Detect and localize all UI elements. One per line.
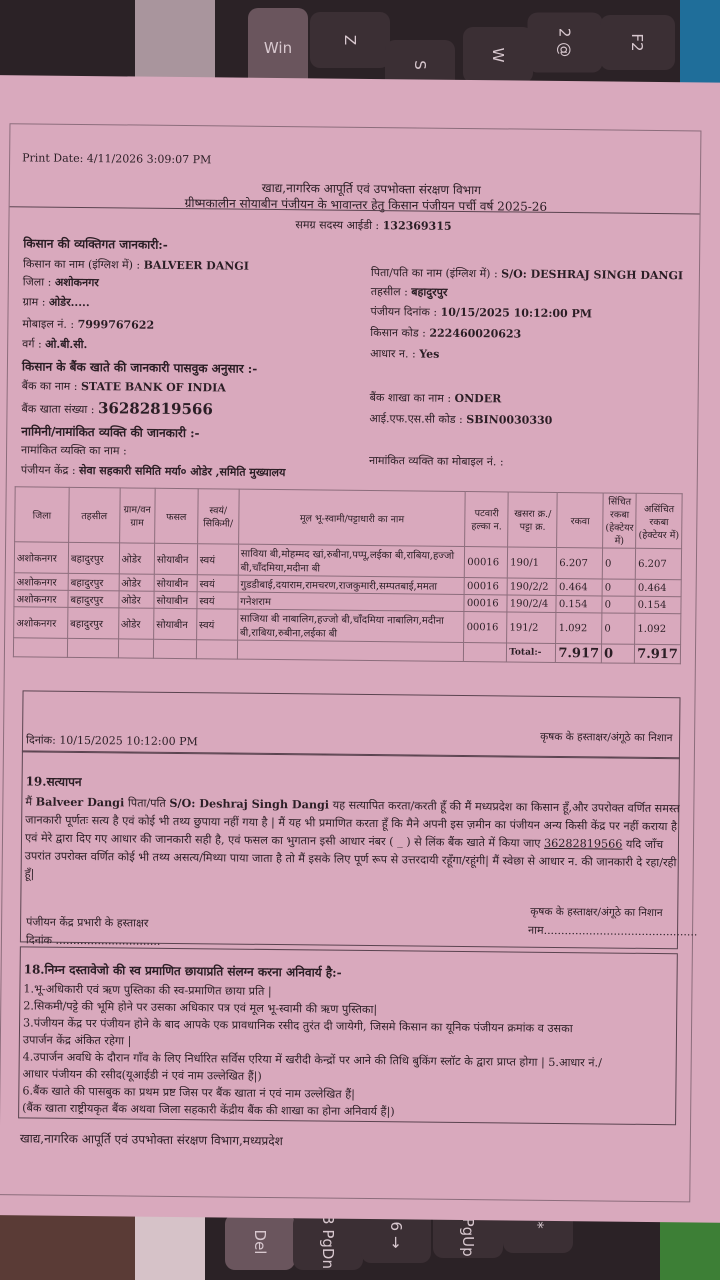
table-cell: 00016 (464, 577, 507, 594)
table-cell: 0.154 (635, 596, 681, 613)
total-value: 7.917 (635, 644, 681, 663)
branch-row: बैंक शाखा का नाम : ONDER (370, 390, 502, 406)
table-cell: ओडेर (119, 543, 155, 574)
bank-info-heading: किसान के बैंक खाते की जानकारी पासवुक अनु… (22, 357, 257, 376)
aadhar-value: Yes (419, 348, 439, 361)
slip-date-value: 10/15/2025 10:12:00 PM (59, 734, 198, 748)
samagra-id-row: समग्र सदस्य आईडी : 132369315 (295, 217, 451, 234)
table-cell (118, 639, 154, 658)
account-number-row: बैंक खाता संख्या : 36282819566 (21, 398, 212, 418)
farmer-name-value: BALVEER DANGI (144, 259, 249, 273)
table-cell (237, 640, 464, 661)
ifsc-value: SBIN0030330 (466, 413, 552, 427)
column-header: फसल (155, 488, 198, 543)
table-cell: स्वयं (197, 544, 238, 575)
table-cell: सोयाबीन (154, 608, 197, 639)
table-cell: स्वयं (196, 609, 237, 640)
table-cell: 0 (602, 548, 635, 579)
aadhar-label: आधार न. : (370, 347, 416, 360)
farmer-code-row: किसान कोड : 222460020623 (370, 325, 521, 342)
district-label: जिला : (23, 275, 52, 288)
table-cell: 190/1 (508, 547, 557, 579)
table-cell: ओडेर (119, 574, 155, 591)
footer-department: खाद्य,नागरिक आपूर्ति एवं उपभोक्ता संरक्ष… (20, 1129, 283, 1149)
key-2: 2 @ (528, 13, 603, 73)
registration-centre-value: सेवा सहकारी समिति मर्या० ओडेर ,समिति मुख… (79, 464, 285, 479)
key-w: W (463, 27, 533, 83)
category-row: वर्ग : ओ.बी.सी. (22, 336, 87, 352)
bank-name-row: बैंक का नाम : STATE BANK OF INDIA (22, 378, 226, 395)
column-header: जिला (15, 487, 70, 543)
key-3: 3 PgDn (293, 1214, 363, 1270)
district-row: जिला : अशोकनगर (23, 274, 99, 290)
total-value: 0 (601, 644, 634, 663)
documents-list: 1.भू-अधिकारी एवं ऋण पुस्तिका की स्व-प्रम… (22, 980, 603, 1122)
column-header: असिंचित रकबा (हेक्टेयर में) (636, 493, 682, 548)
nominee-mobile-label: नामांकित व्यक्ति का मोबाइल नं. : (369, 453, 504, 469)
table-cell: 0.464 (556, 578, 602, 595)
account-number-value: 36282819566 (98, 399, 213, 418)
print-date: Print Date: 4/11/2026 3:09:07 PM (22, 151, 211, 166)
farmer-signature-label-2: कृषक के हस्ताक्षर/अंगूठे का निशान (530, 905, 663, 920)
table-cell: साविया बी,मोहम्मद खां,रुबीना,पप्पू,लईका … (238, 544, 465, 577)
registration-date-value: 10/15/2025 10:12:00 PM (441, 306, 593, 321)
column-header: पटवारी हल्का न. (465, 492, 508, 547)
farmer-name-label: किसान का नाम (इंग्लिश में) : (23, 257, 140, 271)
mobile-value: 7999767622 (78, 318, 155, 332)
table-cell: अशोकनगर (14, 590, 68, 608)
nominee-name-label: नामांकित व्यक्ति का नाम : (21, 442, 127, 458)
samagra-id-value: 132369315 (383, 219, 452, 233)
slip-date-row: दिनांक: 10/15/2025 10:12:00 PM (26, 732, 198, 749)
registration-date-label: पंजीयन दिनांक : (370, 305, 437, 319)
village-row: ग्राम : ओडेर..... (23, 294, 90, 310)
ifsc-label: आई.एफ.एस.सी कोड : (369, 412, 463, 426)
registration-centre-label: पंजीयन केंद्र : (21, 463, 76, 477)
table-cell: 0 (602, 579, 635, 596)
personal-info-heading: किसान की व्यक्तिगत जानकारी:- (23, 234, 168, 253)
table-cell: बहादुरपुर (68, 542, 119, 574)
verification-relation: पिता/पति (128, 796, 166, 809)
column-header: स्वयं/ सिकिमी/ (197, 489, 239, 544)
table-cell: 190/2/2 (507, 578, 556, 596)
verification-text: मैं Balveer Dangi पिता/पति S/O: Deshraj … (25, 792, 686, 890)
table-cell: बहादुरपुर (68, 607, 119, 639)
table-cell: स्वयं (197, 592, 238, 609)
table-cell: 0.154 (556, 595, 602, 612)
farmer-code-label: किसान कोड : (370, 326, 426, 340)
table-cell: 191/2 (507, 612, 556, 644)
verification-heading: 19.सत्यापन (26, 772, 82, 790)
table-cell: स्वयं (197, 575, 238, 592)
total-label: Total:- (507, 643, 556, 663)
bank-name-label: बैंक का नाम : (22, 379, 78, 393)
table-cell: 1.092 (635, 613, 681, 644)
key-z: Z (310, 12, 390, 68)
table-cell: 00016 (465, 546, 508, 577)
table-cell: सोयाबीन (154, 543, 197, 574)
column-header: खसरा क्र./ पट्टा क्र. (508, 492, 558, 548)
column-header: तहसील (69, 487, 120, 543)
column-header: रकवा (557, 492, 603, 547)
registration-slip: Print Date: 4/11/2026 3:09:07 PM खाद्य,न… (0, 75, 720, 1223)
table-cell: 0 (602, 613, 635, 644)
table-cell (464, 642, 507, 661)
officer-signature-label: पंजीयन केंद्र प्रभारी के हस्ताक्षर (26, 914, 148, 930)
table-cell: ओडेर (118, 608, 154, 639)
verification-account: 36282819566 (544, 837, 622, 851)
aadhar-row: आधार न. : Yes (370, 346, 439, 362)
category-label: वर्ग : (22, 337, 42, 350)
documents-heading: 18.निम्न दस्तावेजो की स्व प्रमाणित छायाप… (24, 960, 342, 980)
column-header: ग्राम/वन ग्राम (119, 488, 155, 543)
table-cell: अशोकनगर (14, 573, 68, 591)
table-cell (13, 638, 67, 658)
slip-date-label: दिनांक: (26, 733, 56, 746)
land-details-table: जिलातहसीलग्राम/वन ग्रामफसलस्वयं/ सिकिमी/… (13, 486, 683, 664)
samagra-id-label: समग्र सदस्य आईडी : (295, 218, 379, 232)
account-number-label: बैंक खाता संख्या : (21, 402, 94, 416)
branch-label: बैंक शाखा का नाम : (370, 391, 452, 405)
table-header-row: जिलातहसीलग्राम/वन ग्रामफसलस्वयं/ सिकिमी/… (15, 487, 683, 549)
date-signature-box (22, 690, 681, 759)
district-value: अशोकनगर (55, 276, 99, 289)
registration-date-row: पंजीयन दिनांक : 10/15/2025 10:12:00 PM (370, 304, 592, 321)
table-cell: ओडेर (119, 591, 155, 608)
farmer-code-value: 222460020623 (429, 327, 521, 341)
total-value: 7.917 (556, 643, 602, 662)
key-f2: F2 (600, 15, 675, 70)
slip-border: Print Date: 4/11/2026 3:09:07 PM खाद्य,न… (0, 123, 701, 1202)
farmer-name-field: नाम.....................................… (528, 923, 698, 940)
table-cell: 00016 (464, 611, 507, 642)
father-name-label: पिता/पति का नाम (इंग्लिश में) : (371, 266, 498, 280)
table-cell (67, 638, 118, 658)
bank-name-value: STATE BANK OF INDIA (81, 380, 226, 395)
table-cell: साजिया बी नाबालिग,हज्जो बी,चाँदमिया नाबा… (237, 609, 464, 642)
table-cell (196, 640, 237, 659)
father-name-row: पिता/पति का नाम (इंग्लिश में) : S/O: DES… (371, 265, 683, 283)
mobile-row: मोबाइल नं. : 7999767622 (22, 316, 154, 332)
table-cell: 1.092 (556, 612, 602, 643)
table-cell: 190/2/4 (507, 595, 556, 613)
tehsil-label: तहसील : (371, 285, 408, 298)
table-cell: बहादुरपुर (68, 573, 119, 591)
key-del: Del (225, 1214, 295, 1270)
verification-i: मैं (25, 795, 32, 808)
table-cell: 00016 (464, 594, 507, 611)
farmer-signature-label: कृषक के हस्ताक्षर/अंगूठे का निशान (540, 730, 673, 745)
verification-farmer-name: Balveer Dangi (36, 795, 125, 810)
table-cell: सोयाबीन (154, 591, 197, 608)
table-cell: अशोकनगर (14, 542, 68, 574)
mobile-label: मोबाइल नं. : (22, 317, 74, 331)
tehsil-value: बहादुरपुर (411, 285, 447, 298)
table-cell (153, 639, 196, 658)
column-header: मूल भू-स्वामी/पट्टाधारी का नाम (238, 489, 465, 546)
column-header: सिंचित रकबा (हेक्टेयर में) (603, 493, 637, 548)
table-cell: बहादुरपुर (68, 590, 119, 608)
windows-key-icon: Win (248, 8, 308, 88)
table-cell: 6.207 (635, 548, 681, 579)
table-cell: 0 (602, 596, 635, 613)
ifsc-row: आई.एफ.एस.सी कोड : SBIN0030330 (369, 411, 552, 428)
registration-centre-row: पंजीयन केंद्र : सेवा सहकारी समिति मर्या०… (21, 462, 286, 480)
father-name-value: S/O: DESHRAJ SINGH DANGI (501, 267, 683, 282)
table-cell: 0.464 (635, 579, 681, 596)
branch-value: ONDER (455, 392, 502, 405)
category-value: ओ.बी.सी. (45, 338, 87, 351)
table-cell: अशोकनगर (14, 607, 68, 639)
village-label: ग्राम : (23, 295, 46, 308)
table-cell: 6.207 (557, 547, 603, 578)
farmer-name-row: किसान का नाम (इंग्लिश में) : BALVEER DAN… (23, 256, 249, 273)
tehsil-row: तहसील : बहादुरपुर (371, 284, 448, 300)
village-value: ओडेर..... (49, 296, 90, 309)
table-cell: सोयाबीन (154, 574, 197, 591)
verification-father-name: S/O: Deshraj Singh Dangi (169, 796, 329, 812)
nominee-heading: नामिनी/नामांकित व्यक्ति की जानकारी :- (21, 422, 199, 441)
